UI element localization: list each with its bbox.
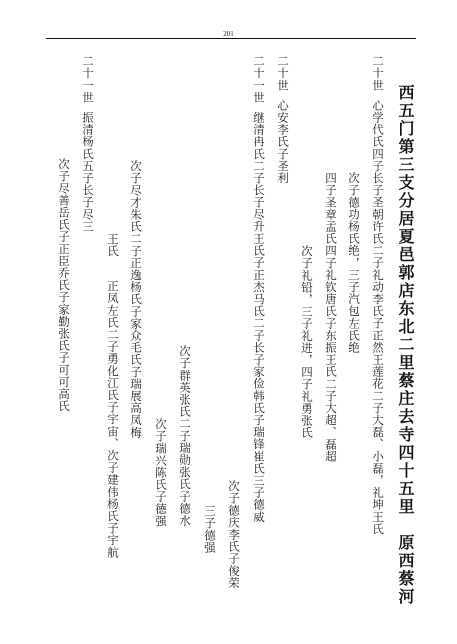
genealogy-entry-e: 二十世心安李氏子圣利 [277,55,289,184]
genealogy-entry-n: 次子尽善岳氏子正臣乔氏子家勤张氏子可可高氏 [58,158,70,412]
genealogy-entry-b: 次子德功杨氏绝，三子汽包左氏绝 [348,172,360,354]
genealogy-entry-j: 次子瑞兴陈氏子德强 [155,418,167,527]
generation-label: 二十一世 [81,55,95,103]
generation-label: 二十世 [371,55,385,91]
genealogy-entry-c: 四子圣章孟氏四子礼钦唐氏子东振王氏二子大超、磊超 [325,172,337,462]
entry-text: 心学代氏四子长子圣朝许氏二子礼动李氏子正然王莲花二子大磊、小磊，礼坤王氏 [371,99,385,535]
genealogy-entry-l: 正凤左氏二子勇化江氏子宇宙、次子建伟杨氏子宇航 [107,280,119,558]
genealogy-entry-m: 二十一世振清杨氏五子长子尽三 [82,55,94,232]
genealogy-entry-k: 次子尽才朱氏二子正逸杨氏子家众毛氏子瑞展高凤梅 [130,160,142,438]
genealogy-entry-g: 次子德庆李氏子俊荣 [228,480,240,589]
entry-text: 继清冉氏二子长子尽升王氏子正杰马氏二子长子家俭韩氏子瑞锋崔氏三子德威 [252,111,266,522]
page-number: 201 [0,30,457,38]
genealogy-entry-h: 三子德强 [204,505,216,553]
generation-label: 二十世 [276,55,290,91]
genealogy-entry-a: 二十世心学代氏四子长子圣朝许氏二子礼动李氏子正然王莲花二子大磊、小磊，礼坤王氏 [372,55,384,535]
genealogy-entry-l-spouse: 王氏 [107,233,119,257]
genealogy-entry-i: 次子群英张氏二子瑞勋张氏子德水 [179,345,191,527]
generation-label: 二十一世 [252,55,266,103]
entry-text: 振清杨氏五子长子尽三 [81,111,95,232]
page-title: 西五门第三支分居夏邑郭店东北二里蔡庄去寺四十五里 原西蔡河 [396,84,414,606]
genealogy-entry-f: 二十一世继清冉氏二子长子尽升王氏子正杰马氏二子长子家俭韩氏子瑞锋崔氏三子德威 [253,55,265,523]
header-rule [46,38,416,39]
entry-text: 心安李氏子圣利 [276,99,290,184]
genealogy-entry-d: 次子礼铅，三子礼进，四子礼勇张氏 [301,245,313,439]
